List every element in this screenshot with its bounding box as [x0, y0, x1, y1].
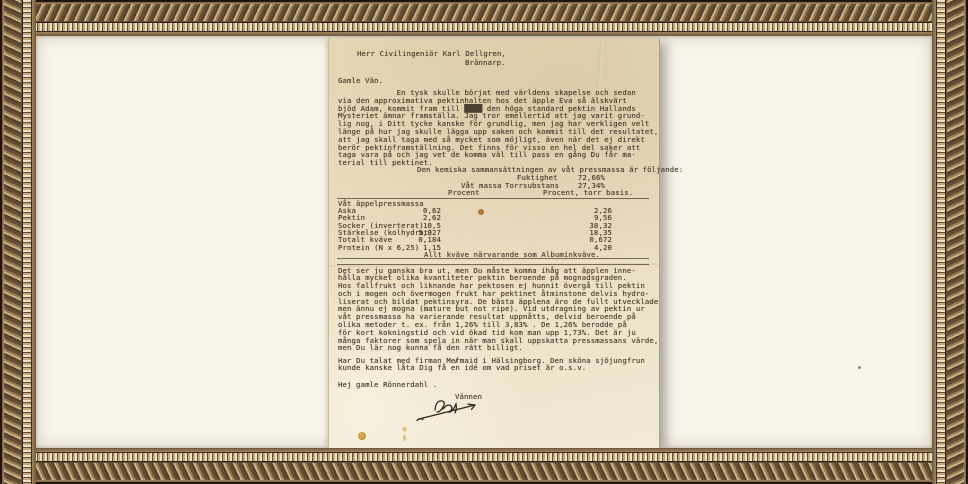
picture-frame-left [0, 0, 36, 484]
framed-letter-photo: Herr Civilingeniör Karl Dellgren, Bränna… [0, 0, 968, 484]
picture-frame-right [932, 0, 968, 484]
closing-line: Hej gamle Rönnerdahl . [338, 381, 437, 389]
picture-frame-top [0, 0, 968, 36]
paragraph-2: Det ser ju ganska bra ut, men Du måste k… [338, 267, 658, 353]
yellow-stain-dot [358, 432, 366, 440]
yellow-stain-drip [401, 426, 408, 442]
picture-frame-bottom [0, 448, 968, 484]
mat-speck [858, 366, 861, 369]
ink-stain-dot [478, 209, 484, 215]
salutation: Gamle Vän. [338, 77, 383, 85]
handwritten-signature-scribble [413, 395, 501, 423]
table-bottom-rule [337, 258, 649, 259]
paragraph-1: En tysk skulle börjat med världens skape… [338, 89, 658, 167]
wet-col-header-2: Procent [448, 189, 480, 197]
recipient-name: Herr Civilingeniör Karl Dellgren, [357, 50, 506, 58]
paragraph-3: Har Du talat med firman Mermaid i Hälsin… [338, 357, 645, 373]
dry-col-header-2: Procent, torr basis. [543, 189, 633, 197]
recipient-place: Brännarp. [465, 59, 506, 67]
letter-paper: Herr Civilingeniör Karl Dellgren, Bränna… [328, 38, 660, 448]
table-bottom-rule-2 [337, 264, 649, 265]
